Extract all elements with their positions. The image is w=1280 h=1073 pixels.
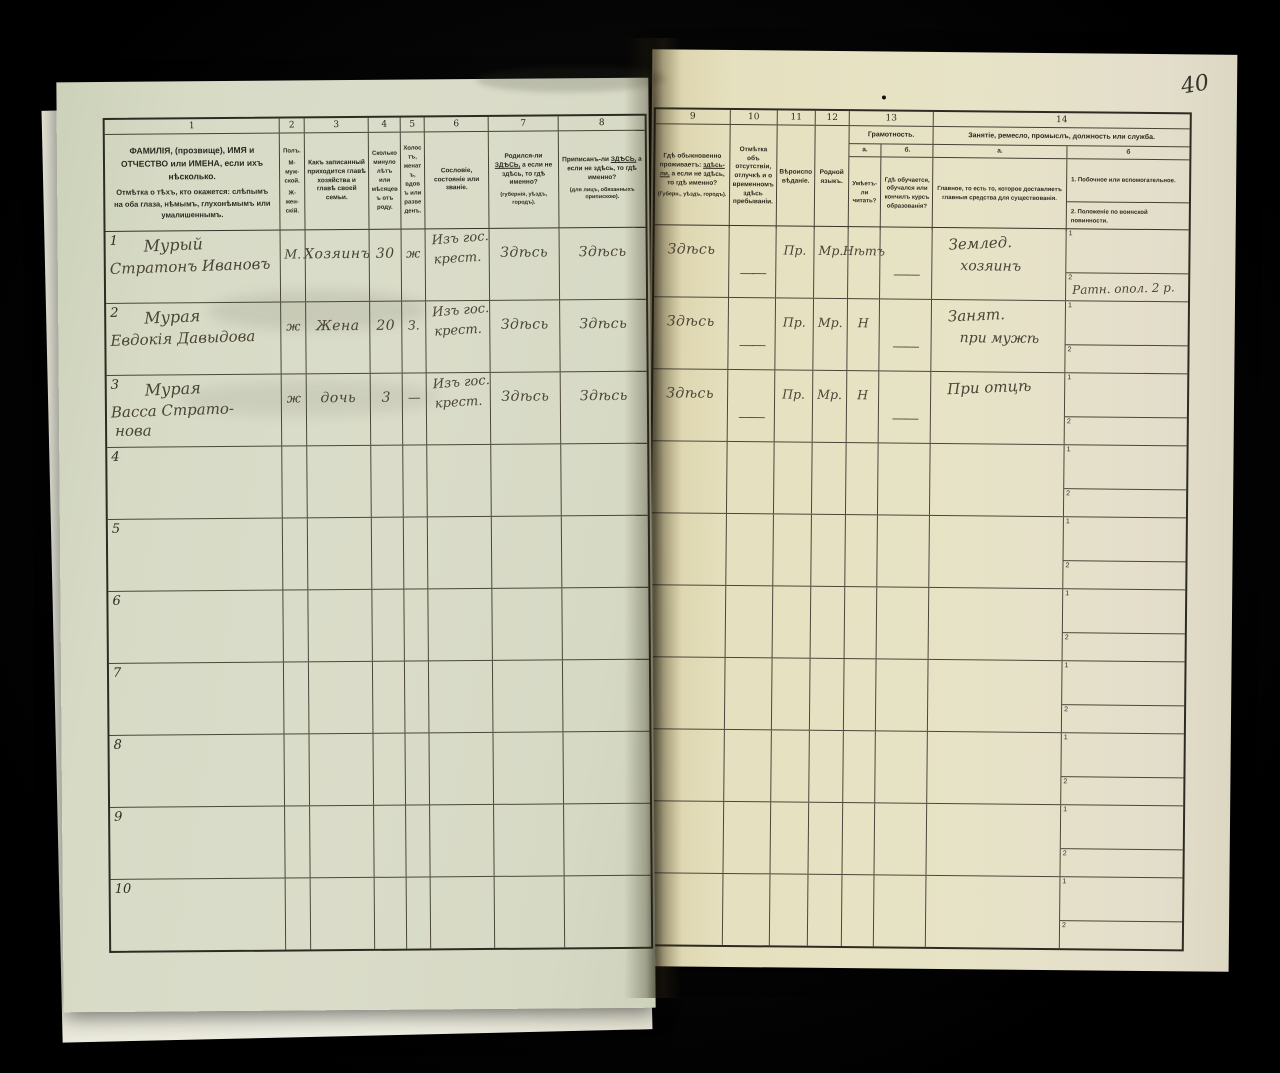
handwritten-entry: Мр. (817, 387, 842, 402)
language-cell (809, 731, 844, 802)
handwritten-entry: Ратн. опол. 2 р. (1072, 280, 1175, 297)
header-education: Гдѣ обучается, обучался или кончилъ курс… (881, 157, 934, 229)
handwritten-entry: Мурый (143, 234, 203, 256)
registration-cell (562, 516, 649, 588)
residence-cell: Здѣсь (653, 297, 729, 369)
handwritten-entry: ж (406, 245, 420, 260)
residence-cell (649, 801, 725, 873)
absence-cell (725, 658, 773, 729)
side-occupation-sub2: 2 (1065, 417, 1187, 445)
sub-cell-label: 2 (1065, 562, 1069, 569)
person-row-1-right: Здѣсь——Пр.Мр.Нѣтъ——Землед.хозяинъ12Ратн.… (654, 225, 1189, 302)
name-cell: 9 (110, 807, 286, 879)
col-number: 2 (280, 118, 305, 132)
handwritten-entry: 30 (376, 246, 395, 262)
page-number: 40 (1179, 70, 1211, 99)
right-page: 40 9 10 11 12 13 14 Гдѣ обыкновенно прож… (644, 49, 1238, 972)
row-number: 7 (113, 666, 121, 681)
sub-cell-label: 2 (1067, 418, 1071, 425)
residence-cell (649, 729, 725, 801)
header-birthplace: Родился-ли ЗДѢСЬ, а если не здѣсь, то гд… (489, 131, 560, 228)
main-occupation-cell (930, 444, 1065, 516)
sub-cell-label: 2 (1063, 850, 1067, 857)
table-header-left: ФАМИЛІЯ, (прозвище), ИМЯ и ОТЧЕСТВО или … (105, 131, 646, 232)
handwritten-entry: Мурая (144, 306, 201, 327)
birthplace-cell (492, 516, 563, 588)
main-occupation-cell: Занят.при мужѣ (931, 300, 1066, 372)
absence-cell (726, 514, 774, 585)
handwritten-entry: Здѣсь (500, 244, 548, 260)
relation-cell (309, 662, 374, 734)
handwritten-entry: Пр. (782, 386, 805, 401)
name-cell: 2МураяЕвдокія Давыдова (106, 303, 282, 375)
absence-cell (724, 802, 772, 873)
person-row-8-right: 12 (649, 729, 1184, 806)
table-header-right: Гдѣ обыкновенно проживаетъ: здѣсь-ли, а … (655, 124, 1190, 230)
person-row-10-left: 10 (111, 876, 652, 951)
header-side-occupation: 1. Побочное или вспомогательное. 2. Поло… (1067, 159, 1190, 232)
handwritten-entry: Здѣсь (580, 388, 628, 404)
side-occupation-sub2: 2 (1063, 561, 1185, 589)
header-name: ФАМИЛІЯ, (прозвище), ИМЯ и ОТЧЕСТВО или … (105, 134, 281, 231)
col-number: 1 (105, 119, 280, 134)
registration-cell (563, 732, 650, 804)
birthplace-cell (493, 732, 564, 804)
person-row-5-left: 5 (108, 516, 649, 592)
estate-cell (429, 733, 494, 805)
handwritten-entry: При отцѣ (947, 377, 1032, 399)
residence-cell: Здѣсь (654, 225, 730, 297)
faith-cell (773, 514, 812, 585)
absence-cell (724, 730, 772, 801)
relation-cell (308, 590, 373, 662)
ink-speck (882, 95, 886, 99)
education-cell (875, 803, 928, 874)
name-cell: 10 (111, 879, 287, 951)
handwritten-entry: крест. (434, 322, 482, 340)
handwritten-entry: Здѣсь (667, 241, 715, 257)
person-row-6-right: 12 (651, 585, 1186, 662)
person-row-2-left: 2МураяЕвдокія ДавыдоважЖена20З.Изъ гос.к… (106, 300, 647, 376)
side-occupation-sub1: 1 (1063, 589, 1185, 634)
side-occupation-sub1: 1 (1061, 733, 1183, 778)
col-number: 11 (778, 110, 816, 124)
name-cell: 3МураяВасса Страто-нова (107, 375, 283, 447)
header-marital: Холостъ, женатъ, вдовъ или разведенъ. (401, 132, 426, 228)
side-occupation-sub1: 1 (1066, 229, 1188, 274)
main-occupation-cell (929, 588, 1064, 660)
handwritten-entry: Мр. (819, 243, 844, 258)
header-sex: Полъ. М-муж-ской. Ж-жен-скій. (280, 133, 306, 229)
literacy-cell (844, 659, 877, 730)
language-cell (808, 875, 843, 946)
sub-cell-label: 2 (1068, 346, 1072, 353)
literacy-cell (846, 443, 879, 514)
row-number: 6 (112, 594, 120, 609)
birthplace-cell (494, 804, 565, 876)
marital-cell (405, 733, 430, 804)
sex-cell: ж (281, 302, 307, 373)
faith-cell: Пр. (775, 370, 814, 441)
age-cell (374, 806, 407, 877)
language-cell: Мр. (813, 371, 848, 442)
side-occupation-cell: 12 (1063, 589, 1186, 661)
side-occupation-cell: 12 (1062, 661, 1185, 733)
birthplace-cell (495, 876, 566, 948)
handwritten-entry: 3 (382, 390, 392, 406)
col-number: 14 (934, 112, 1190, 128)
faith-cell (771, 730, 810, 801)
language-cell: Мр. (813, 299, 848, 370)
handwritten-entry: —— (740, 242, 764, 280)
relation-cell (308, 518, 373, 590)
side-occupation-cell: 12 (1064, 445, 1187, 517)
absence-cell (727, 442, 775, 513)
person-row-3-right: Здѣсь——Пр.Мр.Н——При отцѣ12 (653, 369, 1188, 446)
sex-cell (285, 806, 311, 877)
birthplace-cell (493, 660, 564, 732)
sex-cell (283, 518, 309, 589)
handwritten-entry: дочь (320, 390, 356, 406)
header-registration: Приписанъ-ли ЗДѢСЬ, а если не здѣсь, то … (559, 131, 646, 228)
handwritten-entry: Изъ гос. (431, 229, 489, 248)
handwritten-entry: Жена (316, 318, 360, 334)
faith-cell (770, 874, 809, 945)
person-row-4-left: 4 (107, 444, 648, 520)
side-occupation-sub2: 2 (1060, 921, 1182, 949)
literacy-cell (843, 731, 876, 802)
sub-cell-label: 2 (1066, 490, 1070, 497)
registration-cell (561, 444, 648, 516)
literacy-cell (845, 515, 878, 586)
col-number: 13 (850, 111, 934, 126)
education-cell (877, 515, 930, 586)
registration-cell (564, 804, 651, 876)
row-number: 10 (115, 882, 132, 897)
header-residence: Гдѣ обыкновенно проживаетъ: здѣсь-ли, а … (655, 124, 731, 228)
language-cell (810, 659, 845, 730)
sub-cell-label: 1 (1067, 446, 1071, 453)
estate-cell (429, 661, 494, 733)
age-cell (372, 518, 405, 589)
row-number: 8 (114, 738, 122, 753)
estate-cell: Изъ гос.крест. (426, 301, 491, 373)
estate-cell (428, 517, 493, 589)
residence-cell (651, 513, 727, 585)
sub-cell-label: 1 (1066, 518, 1070, 525)
sub-cell-label: 1 (1062, 878, 1066, 885)
person-row-4-right: 12 (652, 441, 1187, 518)
handwritten-entry: Здѣсь (501, 388, 549, 404)
faith-cell: Пр. (775, 298, 814, 369)
col-number: 6 (425, 117, 489, 132)
relation-cell (311, 878, 376, 950)
handwritten-entry: —— (893, 316, 917, 354)
registration-cell: Здѣсь (561, 372, 648, 444)
registration-cell (563, 660, 650, 732)
main-occupation-cell: Землед.хозяинъ (932, 228, 1067, 300)
residence-cell (652, 441, 728, 513)
name-cell: 6 (108, 591, 284, 663)
col-number: 5 (401, 117, 425, 131)
side-occupation-cell: 12 (1060, 877, 1183, 949)
handwritten-entry: Здѣсь (579, 316, 627, 332)
sex-cell (284, 662, 310, 733)
residence-cell (650, 657, 726, 729)
name-cell: 7 (109, 663, 285, 735)
literacy-cell: Н (847, 299, 880, 370)
handwritten-entry: 20 (376, 318, 395, 334)
col-number: 9 (656, 109, 731, 124)
age-cell (373, 734, 406, 805)
handwritten-entry: Занят. (948, 305, 1006, 325)
side-occupation-sub2: 2 (1061, 777, 1183, 805)
person-row-10-right: 12 (648, 873, 1183, 949)
age-cell (375, 878, 408, 949)
marital-cell: — (403, 373, 428, 444)
header-faith: Вѣроисповѣданіе. (777, 125, 816, 228)
header-age: Сколько минуло лѣтъ или мѣсяцевъ отъ род… (369, 133, 402, 229)
main-occupation-cell (929, 516, 1064, 588)
person-row-1-left: 1МурыйСтратонъ ИвановъМ.Хозяинъ30жИзъ го… (106, 228, 647, 304)
handwritten-entry: крест. (433, 250, 481, 268)
col-number: 12 (816, 111, 850, 125)
name-cell: 1МурыйСтратонъ Ивановъ (106, 231, 282, 303)
sub-cell-label: 1 (1064, 734, 1068, 741)
education-cell (874, 875, 927, 946)
education-cell (878, 443, 931, 514)
handwritten-entry: Пр. (783, 314, 806, 329)
handwritten-entry: Здѣсь (666, 385, 714, 401)
row-number: 5 (112, 522, 120, 537)
table-body-right: Здѣсь——Пр.Мр.Нѣтъ——Землед.хозяинъ12Ратн.… (648, 225, 1189, 949)
faith-cell (773, 586, 812, 657)
language-cell (809, 803, 844, 874)
literacy-cell: Нѣтъ (848, 227, 881, 298)
age-cell: 20 (370, 302, 403, 373)
row-number: 1 (110, 234, 118, 249)
person-row-9-left: 9 (110, 804, 651, 880)
row-number: 2 (110, 306, 118, 321)
header-main-occupation: Главное, то есть то, которое доставляетъ… (933, 158, 1068, 231)
person-row-5-right: 12 (651, 513, 1186, 590)
registration-cell (565, 876, 652, 948)
sub-cell-label: 2 (1064, 706, 1068, 713)
birthplace-cell: Здѣсь (490, 228, 561, 300)
age-cell (371, 446, 404, 517)
marital-cell (403, 445, 428, 516)
literacy-cell (845, 587, 878, 658)
side-occupation-sub1: 1 (1064, 517, 1186, 562)
side-occupation-sub1: 1 (1065, 373, 1187, 418)
handwritten-entry: М. (284, 246, 301, 261)
birthplace-cell (492, 588, 563, 660)
faith-cell (774, 442, 813, 513)
person-row-3-left: 3МураяВасса Страто-новаждочь3—Изъ гос.кр… (107, 372, 648, 448)
handwritten-entry: —— (892, 388, 916, 426)
side-occupation-cell: 12 (1061, 733, 1184, 805)
residence-cell (651, 585, 727, 657)
estate-cell: Изъ гос.крест. (426, 229, 491, 301)
left-page: 1 2 3 4 5 6 7 8 ФАМИЛІЯ, (прозвище), ИМЯ… (56, 78, 655, 1013)
row-number: 3 (111, 378, 119, 393)
estate-cell (431, 877, 496, 949)
name-cell: 5 (108, 519, 284, 591)
education-cell: —— (879, 371, 932, 442)
marital-cell: З. (402, 301, 427, 372)
person-row-7-right: 12 (650, 657, 1185, 734)
handwritten-entry: Н (857, 387, 868, 402)
faith-cell (771, 802, 810, 873)
marital-cell (405, 661, 430, 732)
census-table-left: 1 2 3 4 5 6 7 8 ФАМИЛІЯ, (прозвище), ИМЯ… (103, 114, 654, 953)
age-cell (372, 590, 405, 661)
main-occupation-cell (927, 804, 1062, 876)
occupation-sub-b-label: б (1067, 146, 1189, 159)
header-absence: Отмѣтка объ отсутствіи, отлучкѣ и о врем… (730, 125, 778, 228)
main-occupation-cell (926, 876, 1061, 948)
relation-cell: Хозяинъ (306, 230, 371, 302)
handwritten-entry: Здѣсь (667, 313, 715, 329)
sex-cell: М. (281, 230, 307, 301)
handwritten-entry: З. (408, 317, 420, 332)
handwritten-entry: Мурая (144, 378, 201, 399)
absence-cell: —— (728, 370, 776, 441)
side-occupation-sub2: 2 (1065, 345, 1187, 373)
literacy-cell: Н (847, 371, 880, 442)
age-cell (373, 662, 406, 733)
side-occupation-sub1: 1 (1064, 445, 1186, 490)
photo-background: 40 9 10 11 12 13 14 Гдѣ обыкновенно прож… (0, 0, 1280, 1073)
occupation-sub-a-label: а. (933, 145, 1067, 158)
handwritten-entry: хозяинъ (960, 258, 1021, 275)
sex-cell (283, 590, 309, 661)
side-occupation-cell: 12 (1065, 373, 1188, 445)
sub-cell-label: 1 (1068, 302, 1072, 309)
relation-cell (307, 446, 372, 518)
side-occupation-sub2: 2 (1060, 849, 1182, 877)
language-cell (811, 587, 846, 658)
birthplace-cell: Здѣсь (491, 372, 562, 444)
col-number: 7 (489, 116, 559, 131)
handwritten-entry: —— (740, 314, 764, 352)
absence-cell (726, 586, 774, 657)
handwritten-entry: нова (115, 422, 152, 440)
side-occupation-sub2: 2 (1063, 633, 1185, 661)
age-cell: 30 (370, 230, 403, 301)
col-number: 10 (731, 110, 778, 124)
row-number: 4 (111, 450, 119, 465)
side-occupation-cell: 12Ратн. опол. 2 р. (1066, 229, 1189, 301)
estate-cell (427, 445, 492, 517)
relation-cell (310, 806, 375, 878)
person-row-8-left: 8 (109, 732, 650, 808)
main-occupation-cell: При отцѣ (931, 372, 1066, 444)
handwritten-entry: Здѣсь (501, 316, 549, 332)
side-occupation-cell: 12 (1063, 517, 1186, 589)
relation-cell: дочь (307, 374, 372, 446)
education-cell (877, 587, 930, 658)
language-cell: Мр. (814, 227, 849, 298)
absence-cell: —— (729, 226, 777, 297)
birthplace-cell: Здѣсь (490, 300, 561, 372)
handwritten-entry: ж (286, 318, 300, 333)
person-row-9-right: 12 (649, 801, 1184, 878)
header-relation: Какъ записанный приходится главѣ хозяйст… (305, 133, 370, 229)
registration-cell: Здѣсь (560, 228, 647, 300)
sex-cell: ж (282, 374, 308, 445)
row-number: 9 (114, 810, 122, 825)
show-through-smudge (476, 66, 666, 93)
sub-cell-label: 1 (1063, 806, 1067, 813)
sub-cell-label: 2 (1062, 922, 1066, 929)
sub-cell-label: 2 (1063, 778, 1067, 785)
education-cell (876, 659, 929, 730)
handwritten-entry: —— (894, 244, 918, 282)
handwritten-entry: крест. (434, 394, 482, 412)
name-cell: 8 (109, 735, 285, 807)
handwritten-entry: Изъ гос. (432, 301, 490, 320)
col-number: 4 (369, 118, 401, 132)
header-occupation: Занятіе, ремесло, промыслъ, должность ил… (933, 127, 1190, 232)
sub-cell-label: 2 (1065, 634, 1069, 641)
side-occupation-cell: 12 (1065, 301, 1188, 373)
handwritten-entry: Мр. (818, 315, 843, 330)
header-literacy: Грамотность. а. б. Умѣетъ-ли читать? Гдѣ… (849, 126, 934, 230)
side-occupation-sub2: 2Ратн. опол. 2 р. (1066, 273, 1188, 301)
literacy-cell (842, 875, 875, 946)
relation-cell (309, 734, 374, 806)
handwritten-entry: Нѣтъ (843, 243, 885, 258)
handwritten-entry: Евдокія Давыдова (110, 327, 255, 350)
education-cell (875, 731, 928, 802)
side-occupation-sub1: 1 (1060, 877, 1182, 922)
handwritten-entry: Землед. (948, 233, 1012, 254)
handwritten-entry: — (408, 389, 421, 404)
person-row-7-left: 7 (109, 660, 650, 736)
handwritten-entry: Пр. (783, 242, 806, 257)
education-cell: —— (880, 227, 933, 298)
registration-cell: Здѣсь (560, 300, 647, 372)
main-occupation-cell (928, 660, 1063, 732)
side-occupation-sub1: 1 (1066, 301, 1188, 346)
estate-cell (430, 805, 495, 877)
absence-cell (723, 874, 771, 945)
handwritten-entry: Хозяинъ (304, 246, 370, 263)
main-occupation-cell (927, 732, 1062, 804)
side-occupation-sub2: 2 (1062, 705, 1184, 733)
marital-cell (406, 805, 431, 876)
age-cell: 3 (371, 374, 404, 445)
header-estate: Сословіе, состояніе или званіе. (425, 132, 490, 228)
sub-cell-label: 1 (1067, 374, 1071, 381)
literacy-cell (843, 803, 876, 874)
faith-cell (772, 658, 811, 729)
header-language: Родной языкъ. (815, 126, 850, 229)
sub-cell-label: 1 (1064, 662, 1068, 669)
marital-cell (407, 877, 432, 948)
residence-cell: Здѣсь (653, 369, 729, 441)
handwritten-entry: Изъ гос. (432, 373, 490, 392)
education-cell: —— (879, 299, 932, 370)
side-occupation-sub1: 1 (1062, 661, 1184, 706)
sub-cell-label: 2 (1068, 274, 1072, 281)
census-table-right: 9 10 11 12 13 14 Гдѣ обыкновенно прожива… (646, 107, 1192, 951)
col-number: 3 (305, 118, 369, 133)
handwritten-entry: Стратонъ Ивановъ (110, 255, 271, 278)
side-occupation-sub2: 2 (1064, 489, 1186, 517)
sub-cell-label: 1 (1065, 590, 1069, 597)
